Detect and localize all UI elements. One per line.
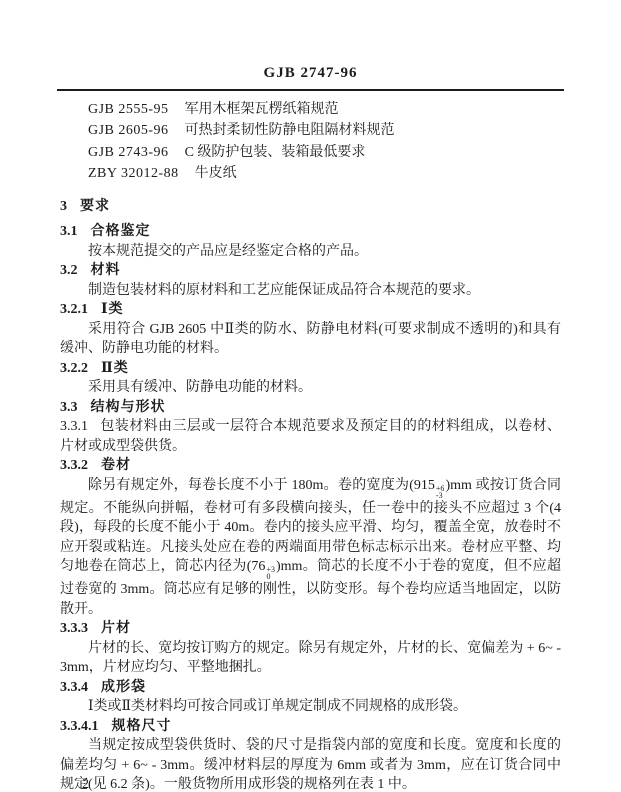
section-heading-3-3-4: 3.3.4成形袋 (60, 678, 561, 698)
tolerance-lower: 0 (266, 573, 275, 580)
section-heading-3-1: 3.1合格鉴定 (60, 222, 561, 242)
section-heading-3-2-2: 3.2.2Ⅱ类 (60, 359, 561, 379)
clause-title: Ⅰ类 (101, 302, 124, 317)
tolerance-lower: -3 (436, 492, 445, 499)
section-heading-3-3: 3.3结构与形状 (60, 398, 561, 418)
standard-code: GJB 2555-95 (88, 100, 169, 120)
clause-title: 结构与形状 (91, 400, 166, 415)
standard-number-header: GJB 2747-96 (60, 64, 561, 84)
clause-number: 3.3.1 (60, 419, 88, 434)
section-heading-3-2: 3.2材料 (60, 261, 561, 281)
clause-number: 3.2.2 (60, 359, 88, 379)
section-heading-3-3-4-1: 3.3.4.1规格尺寸 (60, 717, 561, 737)
clause-title: 合格鉴定 (91, 224, 151, 239)
clause-number: 3.3.4 (60, 678, 88, 698)
standard-code: ZBY 32012-88 (88, 164, 179, 184)
paragraph: 当规定按成型袋供货时、袋的尺寸是指袋内部的宽度和长度。宽度和长度的偏差均匀 + … (60, 736, 561, 792)
clause-number: 3 (60, 197, 67, 217)
section-heading-3-3-3: 3.3.3片材 (60, 619, 561, 639)
section-heading-3: 3要求 (60, 197, 561, 217)
page-content: GJB 2747-96 GJB 2555-95军用木框架瓦楞纸箱规范 GJB 2… (60, 0, 561, 792)
standard-title: C 级防护包装、装箱最低要求 (185, 145, 366, 160)
clause-title: 卷材 (101, 458, 131, 473)
paragraph: 制造包装材料的原材料和工艺应能保证成品符合本规范的要求。 (60, 281, 561, 301)
tolerance-value: +30 (266, 566, 275, 580)
document-page: GJB 2747-96 GJB 2555-95军用木框架瓦楞纸箱规范 GJB 2… (0, 0, 621, 792)
list-item: GJB 2555-95军用木框架瓦楞纸箱规范 (88, 100, 561, 120)
paragraph: 按本规范提交的产品应是经鉴定合格的产品。 (60, 242, 561, 262)
list-item: GJB 2605-96可热封柔韧性防静电阻隔材料规范 (88, 121, 561, 141)
clause-number: 3.1 (60, 222, 78, 242)
standard-title: 可热封柔韧性防静电阻隔材料规范 (185, 123, 395, 138)
clause-number: 3.3.2 (60, 456, 88, 476)
paragraph: 片材的长、宽均按订购方的规定。除另有规定外，片材的长、宽偏差为 + 6~ - 3… (60, 639, 561, 678)
clause-number: 3.3.3 (60, 619, 88, 639)
section-heading-3-3-2: 3.3.2卷材 (60, 456, 561, 476)
standard-title: 军用木框架瓦楞纸箱规范 (185, 102, 339, 117)
section-heading-3-2-1: 3.2.1Ⅰ类 (60, 300, 561, 320)
paragraph: Ⅰ类或Ⅱ类材料均可按合同或订单规定制成不同规格的成形袋。 (60, 697, 561, 717)
standard-code: GJB 2605-96 (88, 121, 169, 141)
clause-number: 3.2 (60, 261, 78, 281)
clause-number: 3.2.1 (60, 300, 88, 320)
clause-title: Ⅱ类 (101, 361, 129, 376)
list-item: GJB 2743-96C 级防护包装、装箱最低要求 (88, 143, 561, 163)
referenced-standards-list: GJB 2555-95军用木框架瓦楞纸箱规范 GJB 2605-96可热封柔韧性… (60, 100, 561, 184)
clause-title: 成形袋 (101, 680, 146, 695)
clause-title: 片材 (101, 621, 131, 636)
clause-title: 规格尺寸 (112, 719, 172, 734)
paragraph-text: 除另有规定外，每卷长度不小于 180m。卷的宽度为(915 (88, 478, 435, 493)
paragraph: 采用符合 GJB 2605 中Ⅱ类的防水、防静电材料(可要求制成不透明的)和具有… (60, 320, 561, 359)
paragraph-3-3-2: 除另有规定外，每卷长度不小于 180m。卷的宽度为(915+6-3)mm 或按订… (60, 476, 561, 620)
header-divider (57, 89, 564, 91)
clause-title: 要求 (80, 199, 110, 214)
clause-number: 3.3.4.1 (60, 717, 99, 737)
list-item: ZBY 32012-88牛皮纸 (88, 164, 561, 184)
tolerance-value: +6-3 (436, 485, 445, 499)
standard-code: GJB 2743-96 (88, 143, 169, 163)
clause-number: 3.3 (60, 398, 78, 418)
paragraph-text: 包装材料由三层或一层符合本规范要求及预定目的的材料组成，以卷材、片材或成型袋供货… (60, 419, 561, 454)
standard-title: 牛皮纸 (195, 166, 237, 181)
clause-title: 材料 (91, 263, 121, 278)
paragraph: 采用具有缓冲、防静电功能的材料。 (60, 378, 561, 398)
page-number: 2 (82, 777, 89, 792)
paragraph-3-3-1: 3.3.1包装材料由三层或一层符合本规范要求及预定目的的材料组成，以卷材、片材或… (60, 417, 561, 456)
